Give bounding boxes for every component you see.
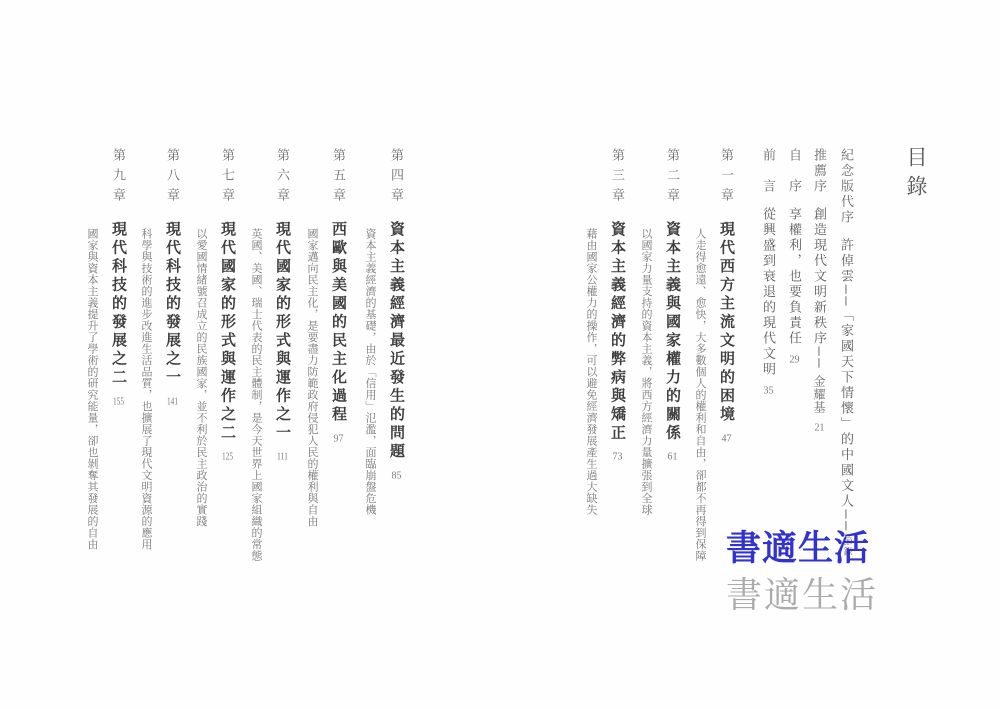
chapter-4-heading: 第四章資本主義經濟最近發生的問題85 bbox=[386, 148, 407, 481]
chapter-number: 第一章 bbox=[719, 148, 734, 208]
front-matter-label: 推薦序 bbox=[812, 148, 827, 195]
chapter-title: 資本主義經濟最近發生的問題 bbox=[388, 221, 404, 462]
front-matter-recommend-preface: 推薦序創造現代文明新秩序──金耀基21 bbox=[810, 148, 829, 433]
chapter-5-description: 國家邁向民主化，是要盡力防範政府侵犯人民的權利與自由 bbox=[304, 228, 320, 527]
chapter-6-description: 英國、美國、瑞士代表的民主體制，是今天世界上國家組織的常態 bbox=[248, 228, 264, 562]
chapter-title: 現代科技的發展之一 bbox=[164, 221, 180, 388]
chapter-page-number: 47 bbox=[721, 434, 732, 444]
chapter-title: 現代國家的形式與運作之二 bbox=[219, 221, 235, 443]
chapter-page-number: 85 bbox=[391, 471, 402, 481]
chapter-number: 第六章 bbox=[275, 148, 290, 208]
chapter-9-description: 國家與資本主義提升了學術的研究能量，卻也剝奪其發展的自由 bbox=[84, 228, 100, 550]
chapter-6-heading: 第六章現代國家的形式與運作之一111 bbox=[272, 148, 293, 462]
chapter-3-description: 藉由國家公權力的操作，可以避免經濟發展產生過大缺失 bbox=[583, 228, 599, 516]
front-matter-page-number: 35 bbox=[763, 386, 774, 396]
chapter-page-number: 73 bbox=[612, 452, 623, 462]
chapter-page-number: 125 bbox=[222, 452, 233, 462]
chapter-title: 現代西方主流文明的困境 bbox=[718, 221, 734, 425]
front-matter-author-preface: 自 序享權利，也要負責任29 bbox=[785, 148, 804, 365]
front-matter-label: 紀念版代序 bbox=[839, 148, 854, 226]
chapter-8-description: 科學與技術的進步改進生活品質，也擴展了現代文明資源的應用 bbox=[138, 228, 154, 550]
front-matter-page-number: 29 bbox=[789, 355, 800, 365]
front-matter-title: 從興盛到衰退的現代文明 bbox=[761, 207, 776, 378]
watermark-blue: 書適生活 bbox=[726, 521, 870, 571]
chapter-number: 第四章 bbox=[389, 148, 404, 208]
chapter-number: 第三章 bbox=[610, 148, 625, 208]
chapter-number: 第八章 bbox=[165, 148, 180, 208]
front-matter-title: 享權利，也要負責任 bbox=[787, 207, 802, 347]
chapter-title: 現代國家的形式與運作之一 bbox=[274, 221, 290, 443]
chapter-title: 現代科技的發展之二 bbox=[110, 221, 126, 388]
front-matter-title: 許倬雲──「家國天下情懷」的中國文人── bbox=[839, 238, 854, 533]
chapter-3-heading: 第三章資本主義經濟的弊病與矯正73 bbox=[607, 148, 628, 462]
chapter-9-heading: 第九章現代科技的發展之二155 bbox=[108, 148, 129, 407]
chapter-2-description: 以國家力量支持的資本主義，將西方經濟力量擴張到全球 bbox=[638, 228, 654, 516]
chapter-8-heading: 第八章現代科技的發展之一141 bbox=[162, 148, 183, 407]
page-title: 目錄 bbox=[901, 146, 931, 204]
front-matter-author: 金耀基 bbox=[812, 375, 826, 414]
chapter-4-description: 資本主義經濟的基礎，由於「信用」氾濫，面臨崩盤危機 bbox=[362, 228, 378, 516]
watermark-gray: 書適生活 bbox=[726, 567, 878, 618]
chapter-7-description: 以愛國情緒號召成立的民族國家，並不利於民主政治的實踐 bbox=[193, 228, 209, 527]
front-matter-title: 創造現代文明新秩序── bbox=[812, 207, 827, 370]
chapter-number: 第五章 bbox=[331, 148, 346, 208]
chapter-2-heading: 第二章資本主義與國家權力的關係61 bbox=[662, 148, 683, 462]
chapter-5-heading: 第五章西歐與美國的民主化過程97 bbox=[328, 148, 349, 444]
chapter-page-number: 61 bbox=[667, 452, 678, 462]
chapter-number: 第九章 bbox=[111, 148, 126, 208]
chapter-number: 第二章 bbox=[665, 148, 680, 208]
chapter-number: 第七章 bbox=[220, 148, 235, 208]
chapter-1-heading: 第一章現代西方主流文明的困境47 bbox=[716, 148, 737, 444]
chapter-page-number: 155 bbox=[113, 397, 124, 407]
chapter-7-heading: 第七章現代國家的形式與運作之二125 bbox=[217, 148, 238, 462]
chapter-title: 西歐與美國的民主化過程 bbox=[330, 221, 346, 425]
front-matter-label: 自 序 bbox=[787, 148, 802, 195]
chapter-title: 資本主義經濟的弊病與矯正 bbox=[609, 221, 625, 443]
chapter-page-number: 97 bbox=[333, 434, 344, 444]
chapter-page-number: 111 bbox=[277, 452, 288, 462]
front-matter-foreword: 前 言從興盛到衰退的現代文明35 bbox=[759, 148, 778, 396]
chapter-title: 資本主義與國家權力的關係 bbox=[664, 221, 680, 443]
front-matter-memorial-preface: 紀念版代序許倬雲──「家國天下情懷」的中國文人──節錄 bbox=[837, 148, 856, 557]
front-matter-page-number: 21 bbox=[814, 423, 825, 433]
chapter-1-description: 人走得愈遠、愈快，大多數個人的權利和自由，卻都不再得到保障 bbox=[692, 228, 708, 562]
front-matter-label: 前 言 bbox=[761, 148, 776, 195]
chapter-page-number: 141 bbox=[167, 397, 178, 407]
